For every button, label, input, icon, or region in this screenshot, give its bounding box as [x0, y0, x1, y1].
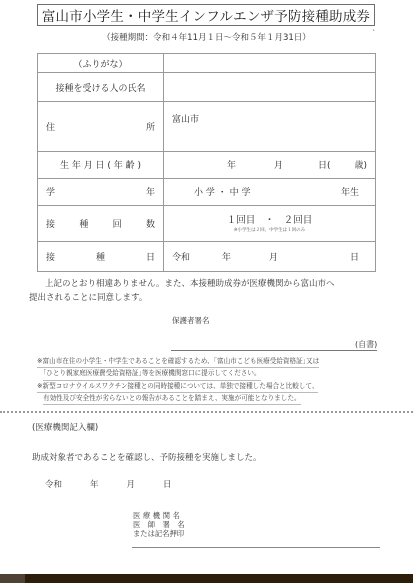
dose-count-label-char-1: 接	[46, 217, 55, 230]
med-era-reiwa: 令和	[45, 478, 62, 490]
note-line-1: ※富山市在住の小学生・中学生であることを確認するため、｢富山市こども医療受給資格…	[37, 356, 319, 368]
address-field[interactable]: 富山市	[164, 102, 376, 152]
medical-signature-labels: 医療機関名 医師署名 または記名押印	[133, 511, 192, 538]
form-row-dose-count: 接 種 回 数 １回目 ・ ２回目 ※小学生は２回、中学生は１回のみ	[38, 205, 376, 241]
dose-count-label: 接 種 回 数	[38, 205, 164, 241]
grade-label-left: 学	[46, 185, 55, 198]
document-title: 富山市小学生・中学生インフルエンザ予防接種助成券	[37, 4, 375, 26]
medical-signature-line[interactable]	[132, 547, 380, 548]
dose-count-label-char-2: 種	[79, 217, 88, 230]
viewer-bottom-tab[interactable]	[0, 574, 25, 583]
dose-count-field[interactable]: １回目 ・ ２回目 ※小学生は２回、中学生は１回のみ	[164, 205, 376, 241]
dose-count-note: ※小学生は２回、中学生は１回のみ	[172, 227, 367, 234]
grade-unit: 年生	[341, 185, 359, 198]
form-row-address: 住 所 富山市	[38, 102, 376, 152]
self-written-note: (自書)	[355, 339, 377, 350]
form-row-vaccination-date: 接 種 日 令和 年 月 日	[38, 241, 376, 271]
vaccination-date-label-char-1: 接	[46, 250, 55, 263]
med-day-unit: 日	[163, 478, 172, 490]
corner-mark: `	[372, 29, 376, 38]
note-line-2: ｢ひとり親家庭医療費受給資格証｣等を医療機関窓口に提示してください。	[43, 368, 261, 380]
form-row-furigana: （ふりがな）	[38, 54, 376, 73]
consent-line-1: 上記のとおり相違ありません。また、本接種助成券が医療機関から富山市へ	[45, 279, 335, 289]
form-row-birthdate: 生 年 月 日 ( 年 齢 ) 年 月 日( 歳)	[38, 151, 376, 178]
birth-day-unit: 日(	[318, 158, 331, 171]
note-line-3: ※新型コロナウイルスワクチン接種との同時接種については、単独で接種した場合と比較…	[37, 381, 318, 393]
dose-count-options[interactable]: １回目 ・ ２回目	[172, 212, 367, 227]
vaccination-date-field[interactable]: 令和 年 月 日	[164, 241, 376, 271]
birth-month-unit: 月	[274, 158, 283, 171]
note-line-4: 有効性及び安全性が劣らないとの報告があることを踏まえ、実施が可能となりました。	[43, 393, 301, 405]
vaccination-period: （接種期間：令和４年11月１日〜令和５年１月31日）	[0, 31, 413, 43]
grade-label-right: 年	[146, 185, 155, 198]
vaccination-date-label: 接 種 日	[38, 241, 164, 271]
consent-statement: 上記のとおり相違ありません。また、本接種助成券が医療機関から富山市へ 提出される…	[37, 277, 382, 305]
address-label: 住 所	[38, 102, 164, 152]
birthdate-label: 生 年 月 日 ( 年 齢 )	[38, 151, 164, 178]
form-row-name: 接種を受ける人の氏名	[38, 73, 376, 102]
name-seal-label: または記名押印	[133, 529, 192, 538]
guardian-signature-line[interactable]	[171, 350, 377, 351]
dose-count-label-char-3: 回	[113, 217, 122, 230]
school-type-options[interactable]: 小 学 ・ 中 学	[194, 185, 250, 198]
vaccination-date-label-char-2: 種	[96, 250, 105, 263]
furigana-label: （ふりがな）	[38, 54, 164, 73]
name-label: 接種を受ける人の氏名	[38, 73, 164, 102]
dose-count-label-char-4: 数	[146, 217, 155, 230]
grade-field[interactable]: 小 学 ・ 中 学 年生	[164, 178, 376, 205]
vaccination-date-label-char-3: 日	[146, 250, 155, 263]
medical-date[interactable]: 令和 年 月 日	[45, 478, 172, 490]
age-unit: 歳)	[354, 158, 367, 171]
vax-year-unit: 年	[222, 250, 231, 263]
era-reiwa: 令和	[172, 250, 190, 263]
address-label-left: 住	[46, 120, 55, 133]
doctor-signature-label: 医師署名	[133, 520, 192, 529]
birth-year-unit: 年	[227, 158, 236, 171]
furigana-field[interactable]	[164, 54, 376, 73]
med-year-unit: 年	[90, 478, 99, 490]
cut-line-divider	[0, 411, 413, 413]
medical-confirmation-text: 助成対象者であることを確認し、予防接種を実施しました。	[32, 451, 262, 463]
name-field[interactable]	[164, 73, 376, 102]
viewer-bottom-bar	[0, 574, 413, 583]
consent-line-2: 提出されることに同意します。	[29, 291, 382, 305]
vax-day-unit: 日	[350, 250, 359, 263]
birthdate-field[interactable]: 年 月 日( 歳)	[164, 151, 376, 178]
application-form-table: （ふりがな） 接種を受ける人の氏名 住 所 富山市 生 年 月 日 ( 年 齢 …	[37, 53, 376, 272]
vax-month-unit: 月	[269, 250, 278, 263]
form-row-grade: 学 年 小 学 ・ 中 学 年生	[38, 178, 376, 205]
med-month-unit: 月	[127, 478, 136, 490]
grade-label: 学 年	[38, 178, 164, 205]
guardian-signature-label: 保護者署名	[172, 315, 210, 326]
institution-name-label: 医療機関名	[133, 511, 192, 520]
notes-section: ※富山市在住の小学生・中学生であることを確認するため、｢富山市こども医療受給資格…	[37, 356, 382, 405]
medical-institution-heading: (医療機関記入欄)	[32, 421, 98, 433]
address-label-right: 所	[146, 120, 155, 133]
